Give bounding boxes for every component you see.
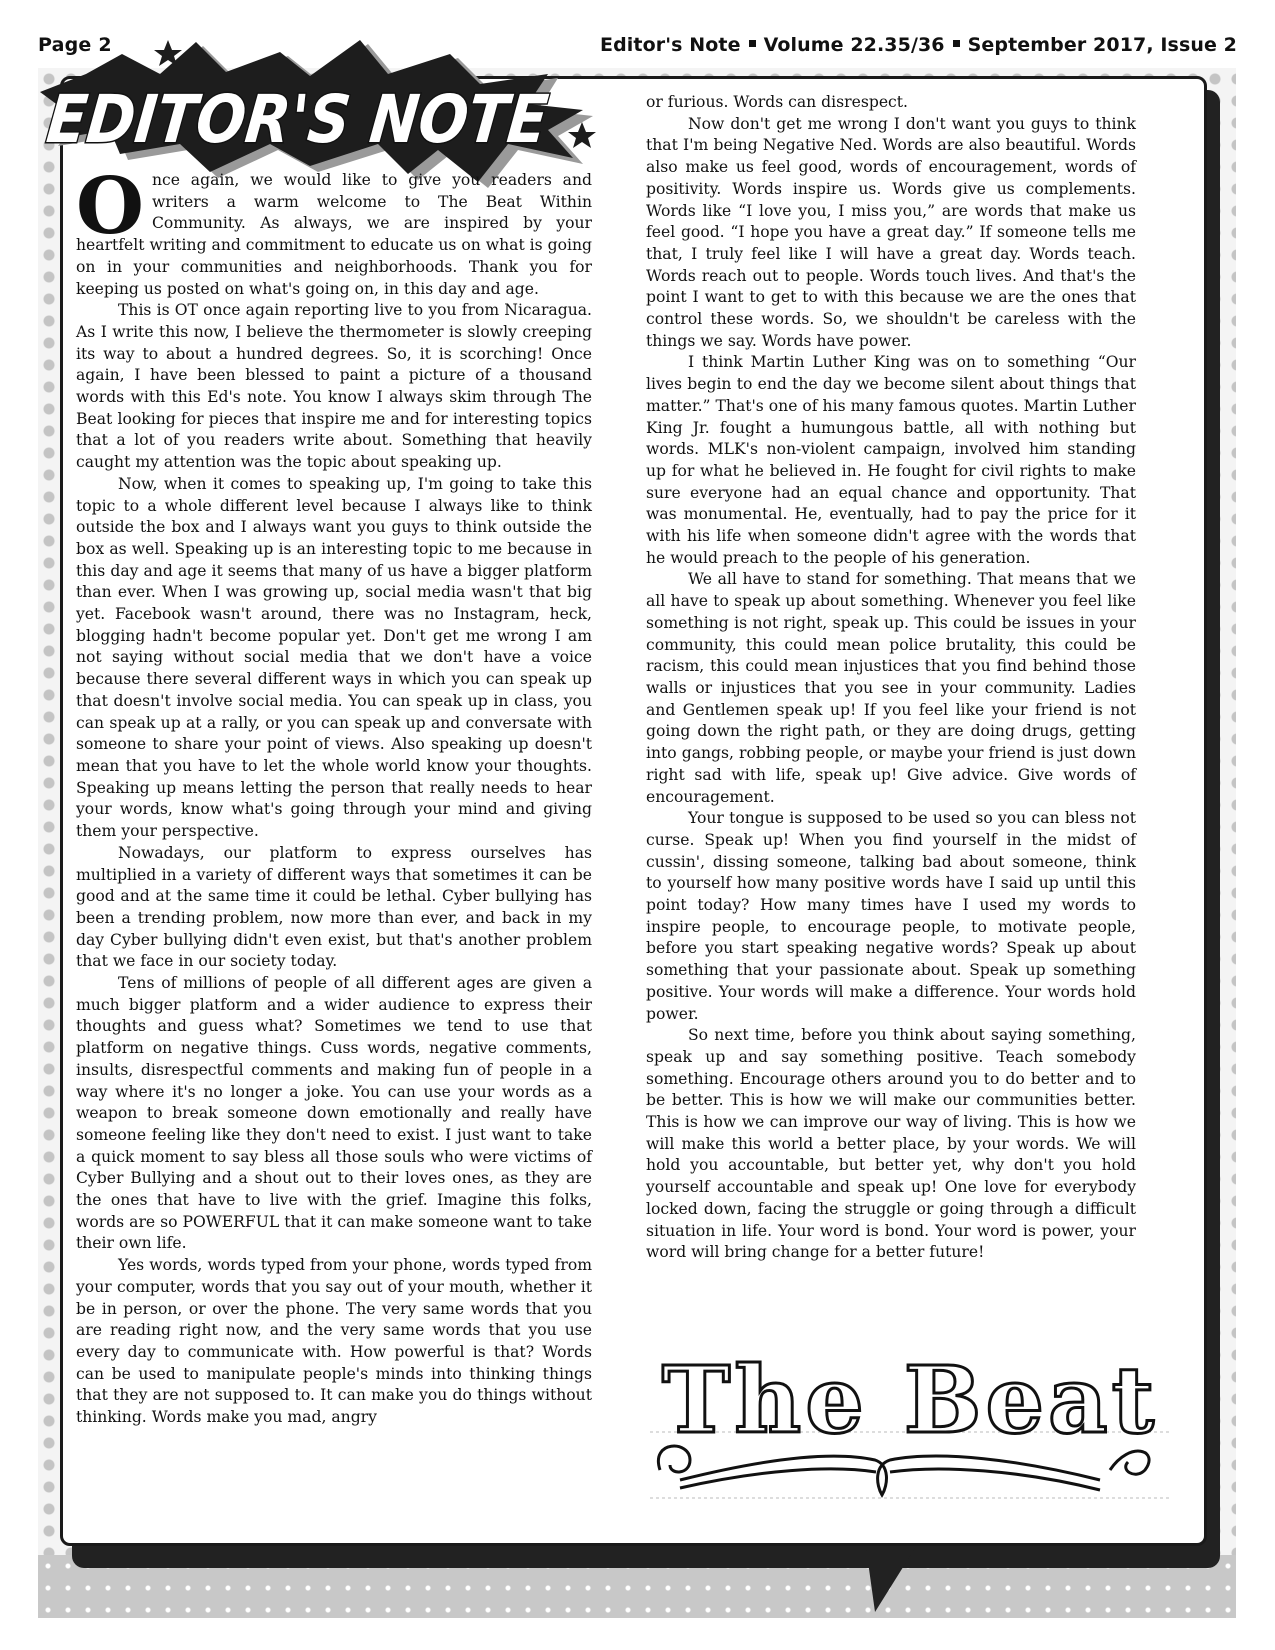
logo-text: The Beat (662, 1346, 1158, 1454)
volume-label: Volume 22.35/36 (764, 34, 945, 56)
article-paragraph: Yes words, words typed from your phone, … (76, 1255, 592, 1429)
article-paragraph: Nowadays, our platform to express oursel… (76, 843, 592, 973)
article-paragraph: Once again, we would like to give you re… (76, 170, 592, 300)
article-paragraph: So next time, before you think about say… (646, 1025, 1136, 1264)
speech-bubble-tail (865, 1540, 920, 1612)
article-left-column: Once again, we would like to give you re… (76, 170, 592, 1429)
title-text: EDITOR'S NOTE (43, 81, 551, 158)
drop-cap: O (76, 176, 144, 238)
issue-date: September 2017, Issue 2 (968, 34, 1237, 56)
article-paragraph: Now, when it comes to speaking up, I'm g… (76, 474, 592, 843)
article-paragraph: I think Martin Luther King was on to som… (646, 352, 1136, 569)
article-paragraph: We all have to stand for something. That… (646, 569, 1136, 808)
article-right-column: or furious. Words can disrespect. Now do… (646, 92, 1136, 1264)
bullet-separator (953, 40, 960, 47)
article-paragraph: Now don't get me wrong I don't want you … (646, 114, 1136, 353)
bullet-separator (749, 40, 756, 47)
article-paragraph: Tens of millions of people of all differ… (76, 973, 592, 1255)
section-name: Editor's Note (600, 34, 741, 56)
article-paragraph: or furious. Words can disrespect. (646, 92, 1136, 114)
article-paragraph: Your tongue is supposed to be used so yo… (646, 808, 1136, 1025)
the-beat-logo: The Beat (640, 1320, 1180, 1520)
flourish-icon (680, 1469, 1100, 1490)
article-paragraph: This is OT once again reporting live to … (76, 300, 592, 474)
issue-line: Editor's NoteVolume 22.35/36September 20… (600, 34, 1237, 56)
